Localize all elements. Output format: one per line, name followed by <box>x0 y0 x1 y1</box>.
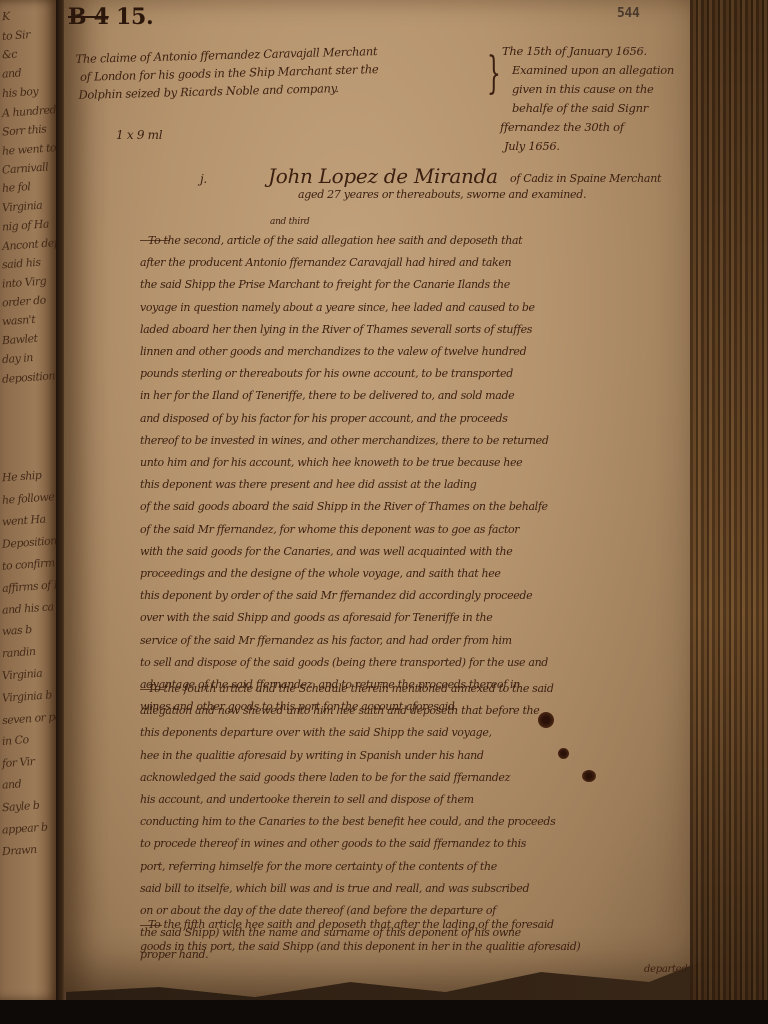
margin-reference: 1 x 9 ml <box>116 128 162 142</box>
manuscript-photo: Kto Sir&candhis boyA hundredSorr thishe … <box>0 0 768 1024</box>
paragraph-rule <box>140 689 164 690</box>
left-page-fragment: Ancont dep <box>2 236 61 253</box>
left-page-fragment: and <box>2 777 22 791</box>
left-page-fragment: Carnivall <box>2 160 49 176</box>
left-page-fragment: and his ca <box>2 600 54 617</box>
manuscript-line: this deponents departure over with the s… <box>140 722 680 744</box>
left-page-fragment: deposition <box>2 369 56 386</box>
left-page-fragment: Sayle b <box>2 799 40 815</box>
left-page-fragment: He ship <box>2 469 42 485</box>
manuscript-line: thereof to be invested in wines, and oth… <box>140 430 680 452</box>
manuscript-line: laded aboard her then lying in the River… <box>140 319 680 341</box>
date-block: The 15th of January 1656. Examined upon … <box>512 42 674 156</box>
date-line: July 1656. <box>504 137 674 156</box>
deponent-description: of Cadiz in Spaine Merchant <box>510 168 661 190</box>
deponent-description-line: of Cadiz in Spaine Merchant <box>510 168 661 190</box>
manuscript-line: unto him and for his account, which hee … <box>140 452 680 474</box>
ink-blot <box>538 712 554 728</box>
left-page: Kto Sir&candhis boyA hundredSorr thishe … <box>0 0 58 1000</box>
manuscript-line: goods in this port, the said Shipp (and … <box>140 936 680 958</box>
manuscript-line: in her for the Iland of Teneriffe, there… <box>140 385 680 407</box>
manuscript-line: proceedings and the designe of the whole… <box>140 563 680 585</box>
left-page-fragment: order do <box>2 293 47 309</box>
left-page-fragment: he went to <box>2 141 57 158</box>
paragraph-fifth-article: To the fifth article hee saith and depos… <box>140 914 680 958</box>
manuscript-line: of the said Mr ffernandez, for whome thi… <box>140 519 680 541</box>
manuscript-line: to sell and dispose of the said goods (b… <box>140 652 680 674</box>
left-page-fragment: Drawn <box>2 843 37 858</box>
manuscript-line: acknowledged the said goods there laden … <box>140 767 680 789</box>
folio-mark-number: 15. <box>116 4 153 30</box>
left-page-fragment: his boy <box>2 85 39 100</box>
manuscript-line: his account, and undertooke therein to s… <box>140 789 680 811</box>
left-page-fragment: for Vir <box>2 755 35 770</box>
manuscript-line: conducting him to the Canaries to the be… <box>140 811 680 833</box>
manuscript-line: To the second, article of the said alleg… <box>140 230 680 252</box>
left-page-fragment: in Co <box>2 733 29 748</box>
deponent-age-text: aged 27 yeares or thereabouts <box>298 188 460 201</box>
left-page-fragment: A hundred <box>2 103 57 120</box>
left-page-fragment: said his <box>2 256 41 272</box>
manuscript-line: hee in the qualitie aforesaid by writing… <box>140 745 680 767</box>
catchword: departed <box>644 964 687 975</box>
left-page-fragment: Bawlet <box>2 332 38 347</box>
date-line: ffernandez the 30th of <box>500 118 674 137</box>
left-page-fragment: randin <box>2 645 36 660</box>
brace-icon: } <box>487 52 501 96</box>
left-page-fragment: and <box>2 66 22 80</box>
paragraph-rule <box>140 240 170 241</box>
left-page-fragment: went Ha <box>2 512 46 528</box>
margin-summary: The claime of Antonio ffernandez Caravaj… <box>75 42 379 104</box>
left-page-fragment: Deposition <box>2 534 58 551</box>
manuscript-line: with the said goods for the Canaries, an… <box>140 541 680 563</box>
date-line: The 15th of January 1656. <box>502 42 674 61</box>
left-page-fragment: was b <box>2 623 33 638</box>
date-line: Examined upon an allegation <box>512 61 674 80</box>
manuscript-line: this deponent by order of the said Mr ff… <box>140 585 680 607</box>
manuscript-line: To the fifth article hee saith and depos… <box>140 914 680 936</box>
manuscript-line: after the producent Antonio ffernandez C… <box>140 252 680 274</box>
left-page-fragment: to Sir <box>2 28 31 43</box>
folio-mark-struck: B 4 <box>68 4 109 30</box>
date-line: behalfe of the said Signr <box>512 99 674 118</box>
left-page-fragment: Virginia <box>2 199 43 215</box>
paragraph-rule <box>140 925 162 926</box>
left-page-fragment: Sorr this <box>2 122 47 138</box>
manuscript-line: said bill to itselfe, which bill was and… <box>140 878 680 900</box>
paragraph-first-article: To the second, article of the said alleg… <box>140 230 680 718</box>
folio-stamp: 544 <box>617 6 640 21</box>
left-page-fragment: affirms of B <box>2 578 62 595</box>
manuscript-line: to procede thereof in wines and other go… <box>140 833 680 855</box>
left-page-fragment: he followe <box>2 490 55 507</box>
manuscript-line: allegation and now shewed unto him hee s… <box>140 700 680 722</box>
left-page-fragment: appear b <box>2 820 48 836</box>
table-background <box>0 1000 768 1024</box>
deponent-name: John Lopez de Miranda <box>268 164 498 188</box>
left-page-fragment: K <box>2 10 11 24</box>
manuscript-line: linnen and other goods and merchandizes … <box>140 341 680 363</box>
deponent-age: aged 27 yeares or thereabouts, sworne an… <box>298 188 586 201</box>
manuscript-line: the said Shipp the Prise Marchant to fre… <box>140 274 680 296</box>
left-page-fragment: into Virg <box>2 274 47 290</box>
ink-blot <box>558 748 569 759</box>
left-page-fragment: &c <box>2 47 18 61</box>
left-page-fragment: Virginia <box>2 667 43 683</box>
manuscript-line: and disposed of by his factor for his pr… <box>140 408 680 430</box>
left-page-fragment: nig of Ha <box>2 217 50 233</box>
date-line: given in this cause on the <box>512 80 674 99</box>
left-page-fragment: wasn't <box>2 313 36 328</box>
left-page-fragment: to confirm <box>2 556 55 573</box>
manuscript-line: voyage in question namely about a yeare … <box>140 297 680 319</box>
left-page-fragment: day in <box>2 351 34 366</box>
folio-mark: B 4 15. <box>68 4 153 30</box>
manuscript-line: port, referring himselfe for the more ce… <box>140 856 680 878</box>
deponent-description-line: sworne and examined. <box>467 188 587 201</box>
manuscript-line: pounds sterling or thereabouts for his o… <box>140 363 680 385</box>
deponent-marker: j. <box>200 172 207 186</box>
manuscript-line: over with the said Shipp and goods as af… <box>140 607 680 629</box>
left-page-fragment: he fol <box>2 180 31 195</box>
left-page-fragment: seven or pd <box>2 710 62 727</box>
manuscript-line: service of the said Mr ffernandez as his… <box>140 630 680 652</box>
page-edges <box>690 0 768 1024</box>
manuscript-line: To the fourth article and the Schedule t… <box>140 678 680 700</box>
left-page-fragment: Virginia b <box>2 688 53 704</box>
manuscript-line: this deponent was there present and hee … <box>140 474 680 496</box>
ink-blot <box>582 770 596 782</box>
manuscript-line: of the said goods aboard the said Shipp … <box>140 496 680 518</box>
interlineation: and third <box>270 217 309 227</box>
